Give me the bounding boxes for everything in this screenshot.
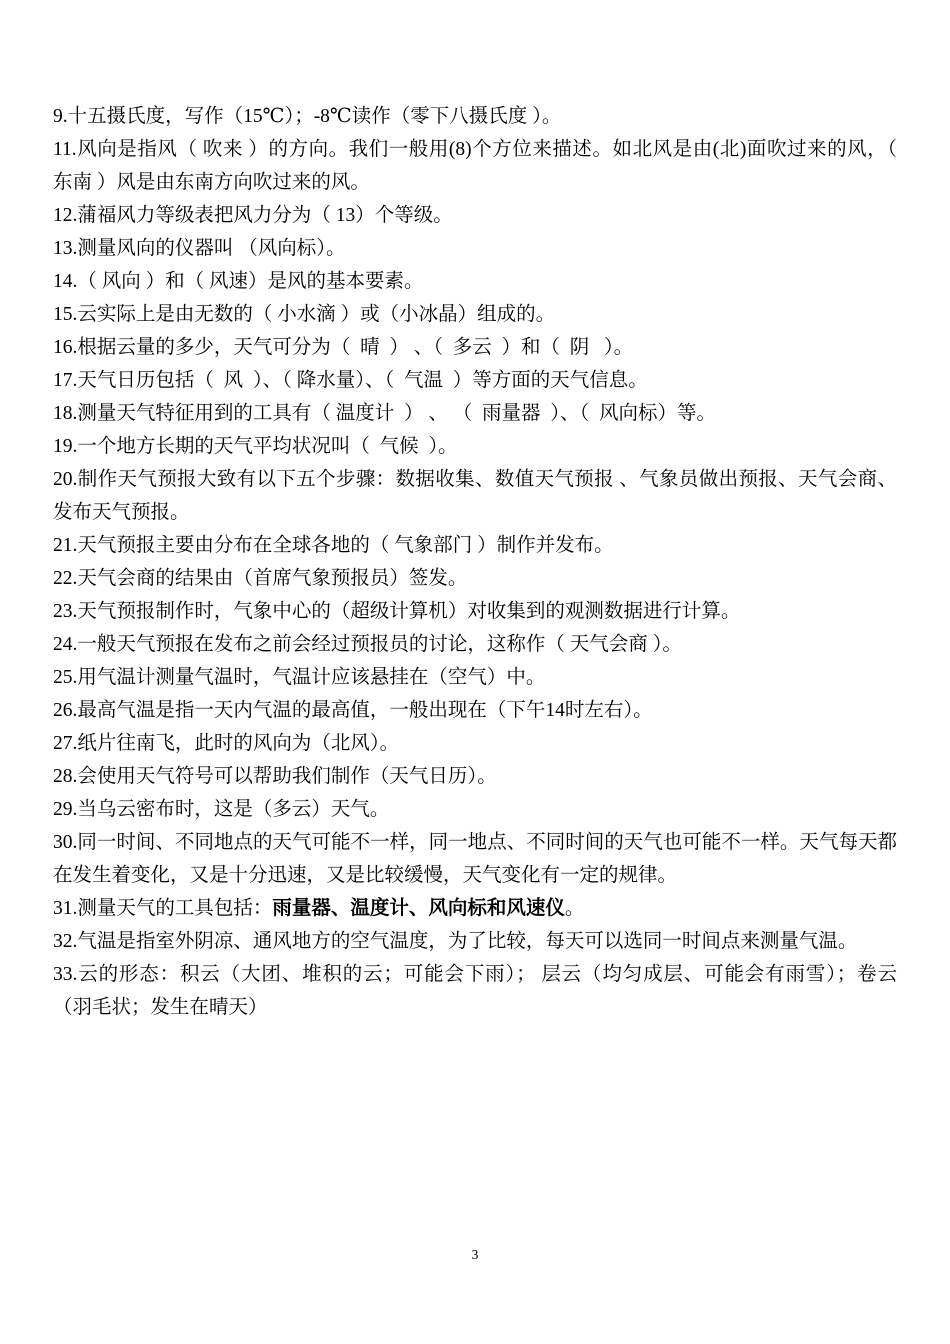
question-text: 14.（ 风向 ）和（ 风速）是风的基本要素。 <box>53 271 424 292</box>
question-text: 32.气温是指室外阴凉、通风地方的空气温度，为了比较，每天可以选同一时间点来测量… <box>53 931 857 952</box>
question-text: 18.测量天气特征用到的工具有（ 温度计 ） 、 （ 雨量器 ）、（ 风向标）等… <box>53 403 716 424</box>
question-item: 26.最高气温是指一天内气温的最高值，一般出现在（下午14时左右）。 <box>53 694 897 727</box>
question-item: 23.天气预报制作时，气象中心的（超级计算机）对收集到的观测数据进行计算。 <box>53 595 897 628</box>
question-text: 13.测量风向的仪器叫 （风向标）。 <box>53 238 346 259</box>
question-text: 28.会使用天气符号可以帮助我们制作（天气日历）。 <box>53 766 497 787</box>
question-item: 28.会使用天气符号可以帮助我们制作（天气日历）。 <box>53 760 897 793</box>
question-text-bold: 雨量器、温度计、风向标和风速仪 <box>272 898 565 919</box>
question-text: 。 <box>565 898 585 919</box>
question-text: 27.纸片往南飞，此时的风向为（北风）。 <box>53 733 399 754</box>
question-text: 19.一个地方长期的天气平均状况叫（ 气候 ）。 <box>53 436 458 457</box>
question-item: 9.十五摄氏度，写作（15℃）；-8℃读作（零下八摄氏度 ）。 <box>53 100 897 133</box>
page-number: 3 <box>0 1246 950 1264</box>
question-item: 17.天气日历包括（ 风 ）、（ 降水量）、（ 气温 ）等方面的天气信息。 <box>53 364 897 397</box>
question-text: 17.天气日历包括（ 风 ）、（ 降水量）、（ 气温 ）等方面的天气信息。 <box>53 370 648 391</box>
question-text: 16.根据云量的多少，天气可分为（ 晴 ） 、（ 多云 ）和（ 阴 ）。 <box>53 337 633 358</box>
question-text: 12.蒲福风力等级表把风力分为（ 13）个等级。 <box>53 205 453 226</box>
question-item: 16.根据云量的多少，天气可分为（ 晴 ） 、（ 多云 ）和（ 阴 ）。 <box>53 331 897 364</box>
question-text: 30.同一时间、不同地点的天气可能不一样，同一地点、不同时间的天气也可能不一样。… <box>53 832 897 886</box>
question-item: 15.云实际上是由无数的（ 小水滴 ）或（小冰晶）组成的。 <box>53 298 897 331</box>
question-text: 33.云的形态：积云（大团、堆积的云；可能会下雨）； 层云（均匀成层、可能会有雨… <box>53 964 897 1018</box>
question-item: 29.当乌云密布时，这是（多云）天气。 <box>53 793 897 826</box>
question-item: 21.天气预报主要由分布在全球各地的（ 气象部门 ）制作并发布。 <box>53 529 897 562</box>
question-item: 12.蒲福风力等级表把风力分为（ 13）个等级。 <box>53 199 897 232</box>
question-item: 20.制作天气预报大致有以下五个步骤：数据收集、数值天气预报 、气象员做出预报、… <box>53 463 897 529</box>
question-text: 25.用气温计测量气温时，气温计应该悬挂在（空气）中。 <box>53 667 545 688</box>
question-text: 31.测量天气的工具包括： <box>53 898 272 919</box>
question-item: 33.云的形态：积云（大团、堆积的云；可能会下雨）； 层云（均匀成层、可能会有雨… <box>53 958 897 1024</box>
question-item: 14.（ 风向 ）和（ 风速）是风的基本要素。 <box>53 265 897 298</box>
question-item: 32.气温是指室外阴凉、通风地方的空气温度，为了比较，每天可以选同一时间点来测量… <box>53 925 897 958</box>
question-item: 18.测量天气特征用到的工具有（ 温度计 ） 、 （ 雨量器 ）、（ 风向标）等… <box>53 397 897 430</box>
question-item: 27.纸片往南飞，此时的风向为（北风）。 <box>53 727 897 760</box>
question-text: 29.当乌云密布时，这是（多云）天气。 <box>53 799 389 820</box>
question-text: 11.风向是指风（ 吹来 ）的方向。我们一般用(8)个方位来描述。如北风是由(北… <box>53 139 902 193</box>
question-text: 21.天气预报主要由分布在全球各地的（ 气象部门 ）制作并发布。 <box>53 535 614 556</box>
question-item: 24.一般天气预报在发布之前会经过预报员的讨论，这称作（ 天气会商 ）。 <box>53 628 897 661</box>
question-text: 24.一般天气预报在发布之前会经过预报员的讨论，这称作（ 天气会商 ）。 <box>53 634 682 655</box>
document-page: 9.十五摄氏度，写作（15℃）；-8℃读作（零下八摄氏度 ）。 11.风向是指风… <box>0 0 950 1344</box>
question-text: 26.最高气温是指一天内气温的最高值，一般出现在（下午14时左右）。 <box>53 700 653 721</box>
question-text: 15.云实际上是由无数的（ 小水滴 ）或（小冰晶）组成的。 <box>53 304 555 325</box>
question-item: 22.天气会商的结果由（首席气象预报员）签发。 <box>53 562 897 595</box>
question-item: 11.风向是指风（ 吹来 ）的方向。我们一般用(8)个方位来描述。如北风是由(北… <box>53 133 897 199</box>
question-item: 31.测量天气的工具包括：雨量器、温度计、风向标和风速仪。 <box>53 892 897 925</box>
question-text: 23.天气预报制作时，气象中心的（超级计算机）对收集到的观测数据进行计算。 <box>53 601 740 622</box>
question-text: 22.天气会商的结果由（首席气象预报员）签发。 <box>53 568 467 589</box>
question-item: 25.用气温计测量气温时，气温计应该悬挂在（空气）中。 <box>53 661 897 694</box>
question-item: 13.测量风向的仪器叫 （风向标）。 <box>53 232 897 265</box>
question-text: 9.十五摄氏度，写作（15℃）；-8℃读作（零下八摄氏度 ）。 <box>53 106 561 127</box>
question-item: 19.一个地方长期的天气平均状况叫（ 气候 ）。 <box>53 430 897 463</box>
question-text: 20.制作天气预报大致有以下五个步骤：数据收集、数值天气预报 、气象员做出预报、… <box>53 469 897 523</box>
question-item: 30.同一时间、不同地点的天气可能不一样，同一地点、不同时间的天气也可能不一样。… <box>53 826 897 892</box>
